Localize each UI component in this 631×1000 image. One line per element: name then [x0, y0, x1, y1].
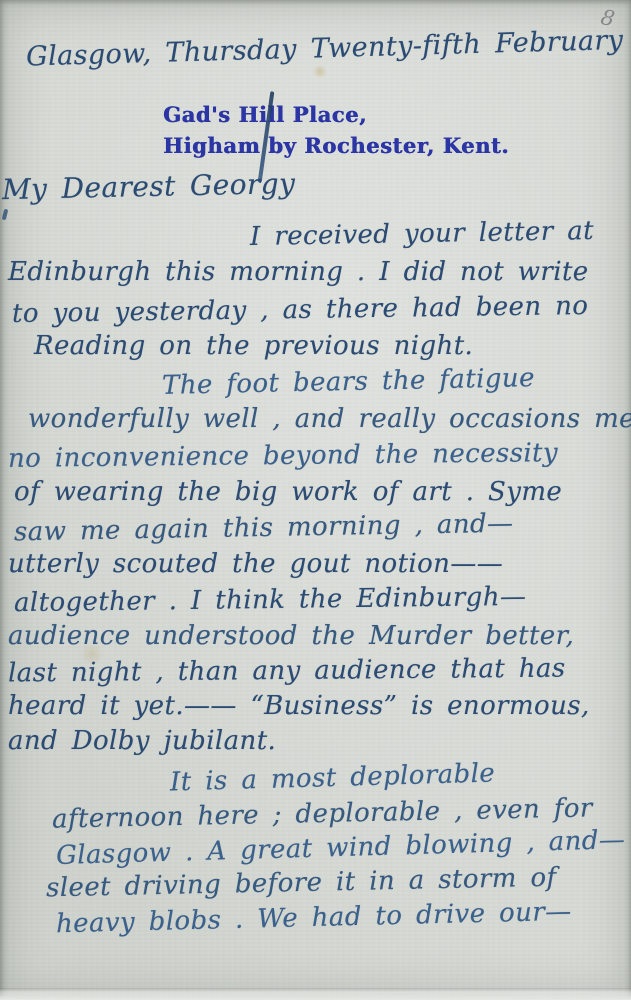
salutation: My Dearest Georgy — [2, 167, 296, 206]
letter-line: I received your letter at — [250, 216, 594, 252]
letter-line: and Dolby jubilant. — [8, 726, 276, 756]
letter-line: altogether . I think the Edinburgh— — [14, 582, 527, 618]
letter-line: heavy blobs . We had to drive our— — [56, 897, 572, 940]
letter-line: of wearing the big work of art . Syme — [14, 477, 562, 507]
letter-line: Edinburgh this morning . I did not write — [8, 257, 589, 287]
letter-line: It is a most deplorable — [170, 758, 496, 797]
letter-scan-page: 8 Glasgow, Thursday Twenty-fifth Februar… — [0, 0, 631, 1000]
letterhead-line2: Higham by Rochester, Kent. — [163, 130, 509, 161]
foxing-spot — [78, 645, 106, 663]
foxing-spot — [312, 66, 328, 77]
letter-line: to you yesterday , as there had been no — [12, 291, 589, 329]
letter-line: saw me again this morning , and— — [14, 509, 514, 548]
letterhead-line1: Gad's Hill Place, — [163, 99, 509, 130]
letter-line: Reading on the previous night. — [34, 331, 473, 361]
letter-line: wonderfully well , and really occasions … — [28, 404, 631, 434]
letter-line: heard it yet.—— “Business” is enormous, — [8, 691, 590, 721]
letter-line: The foot bears the fatigue — [162, 363, 535, 401]
letter-line: utterly scouted the gout notion—— — [8, 549, 503, 579]
ink-tick-mark — [2, 209, 9, 221]
dateline: Glasgow, Thursday Twenty-fifth February … — [26, 22, 631, 72]
scan-edge-strip — [0, 988, 631, 1000]
letterhead: Gad's Hill Place, Higham by Rochester, K… — [163, 99, 509, 161]
letter-line: no inconvenience beyond the necessity — [8, 438, 558, 474]
